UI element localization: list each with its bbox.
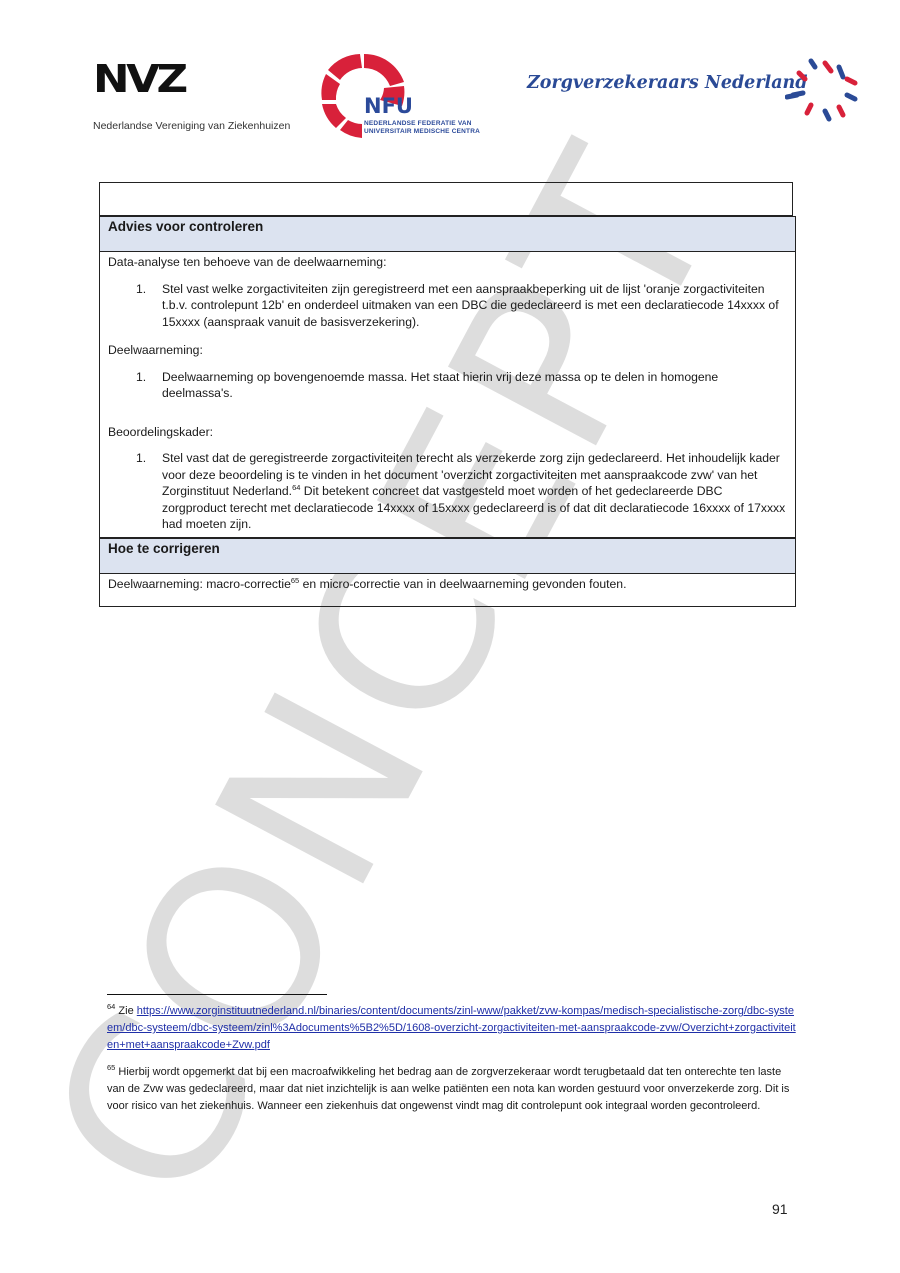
advies-body-row: Data-analyse ten behoeve van de deelwaar… [99, 252, 796, 538]
list-item-text: Deelwaarneming op bovengenoemde massa. H… [162, 370, 718, 401]
corrigeren-body-row: Deelwaarneming: macro-correctie65 en mic… [99, 574, 796, 608]
corrigeren-text-start: Deelwaarneming: macro-correctie [108, 577, 291, 591]
footnote-ref-65[interactable]: 65 [291, 576, 299, 585]
zn-figures-ring-icon [785, 55, 865, 125]
table-empty-top-row [99, 182, 793, 216]
list-item: 1. Stel vast dat de geregistreerde zorga… [108, 450, 787, 533]
corrigeren-text: Deelwaarneming: macro-correctie65 en mic… [108, 576, 787, 593]
list-item-number: 1. [136, 369, 146, 386]
footnote-64: 64 Zie https://www.zorginstituutnederlan… [107, 1003, 797, 1054]
data-analyse-list: 1. Stel vast welke zorgactiviteiten zijn… [108, 281, 787, 331]
nfu-subtitle-line-2: UNIVERSITAIR MEDISCHE CENTRA [364, 128, 480, 136]
list-item-number: 1. [136, 281, 146, 298]
nvz-logo-subtitle: Nederlandse Vereniging van Ziekenhuizen [93, 120, 333, 132]
corrigeren-text-end: en micro-correctie van in deelwaarneming… [299, 577, 626, 591]
advies-heading-row: Advies voor controleren [99, 216, 796, 252]
footnote-prefix: Zie [115, 1005, 136, 1017]
list-item-text: Stel vast welke zorgactiviteiten zijn ge… [162, 282, 779, 329]
deelwaarneming-label: Deelwaarneming: [108, 342, 787, 359]
nvz-logo: NVZ Nederlandse Vereniging van Ziekenhui… [93, 60, 173, 98]
zn-logo-text: Zorgverzekeraars Nederland [527, 73, 808, 93]
control-table: Advies voor controleren Data-analyse ten… [99, 182, 796, 607]
list-item: 1. Stel vast welke zorgactiviteiten zijn… [108, 281, 787, 331]
corrigeren-heading-row: Hoe te corrigeren [99, 538, 796, 574]
page-number: 91 [772, 1201, 788, 1217]
footnote-link[interactable]: https://www.zorginstituutnederland.nl/bi… [107, 1005, 796, 1051]
list-item-number: 1. [136, 450, 146, 467]
nfu-logo-subtitle: NEDERLANDSE FEDERATIE VAN UNIVERSITAIR M… [364, 120, 480, 136]
nfu-logo-mark: NFU [364, 94, 413, 118]
advies-heading: Advies voor controleren [108, 219, 263, 234]
footnote-separator [107, 994, 327, 995]
footnote-65: 65 Hierbij wordt opgemerkt dat bij een m… [107, 1064, 797, 1115]
nfu-subtitle-line-1: NEDERLANDSE FEDERATIE VAN [364, 120, 480, 128]
nvz-logo-mark: NVZ [93, 60, 185, 98]
corrigeren-heading: Hoe te corrigeren [108, 541, 220, 556]
beoordelingskader-list: 1. Stel vast dat de geregistreerde zorga… [108, 450, 787, 533]
list-item: 1. Deelwaarneming op bovengenoemde massa… [108, 369, 787, 402]
data-analyse-label: Data-analyse ten behoeve van de deelwaar… [108, 254, 787, 271]
nfu-logo: NFU NEDERLANDSE FEDERATIE VAN UNIVERSITA… [318, 50, 518, 140]
deelwaarneming-list: 1. Deelwaarneming op bovengenoemde massa… [108, 369, 787, 402]
beoordelingskader-label: Beoordelingskader: [108, 424, 787, 441]
footnote-text: Hierbij wordt opgemerkt dat bij een macr… [107, 1066, 789, 1112]
